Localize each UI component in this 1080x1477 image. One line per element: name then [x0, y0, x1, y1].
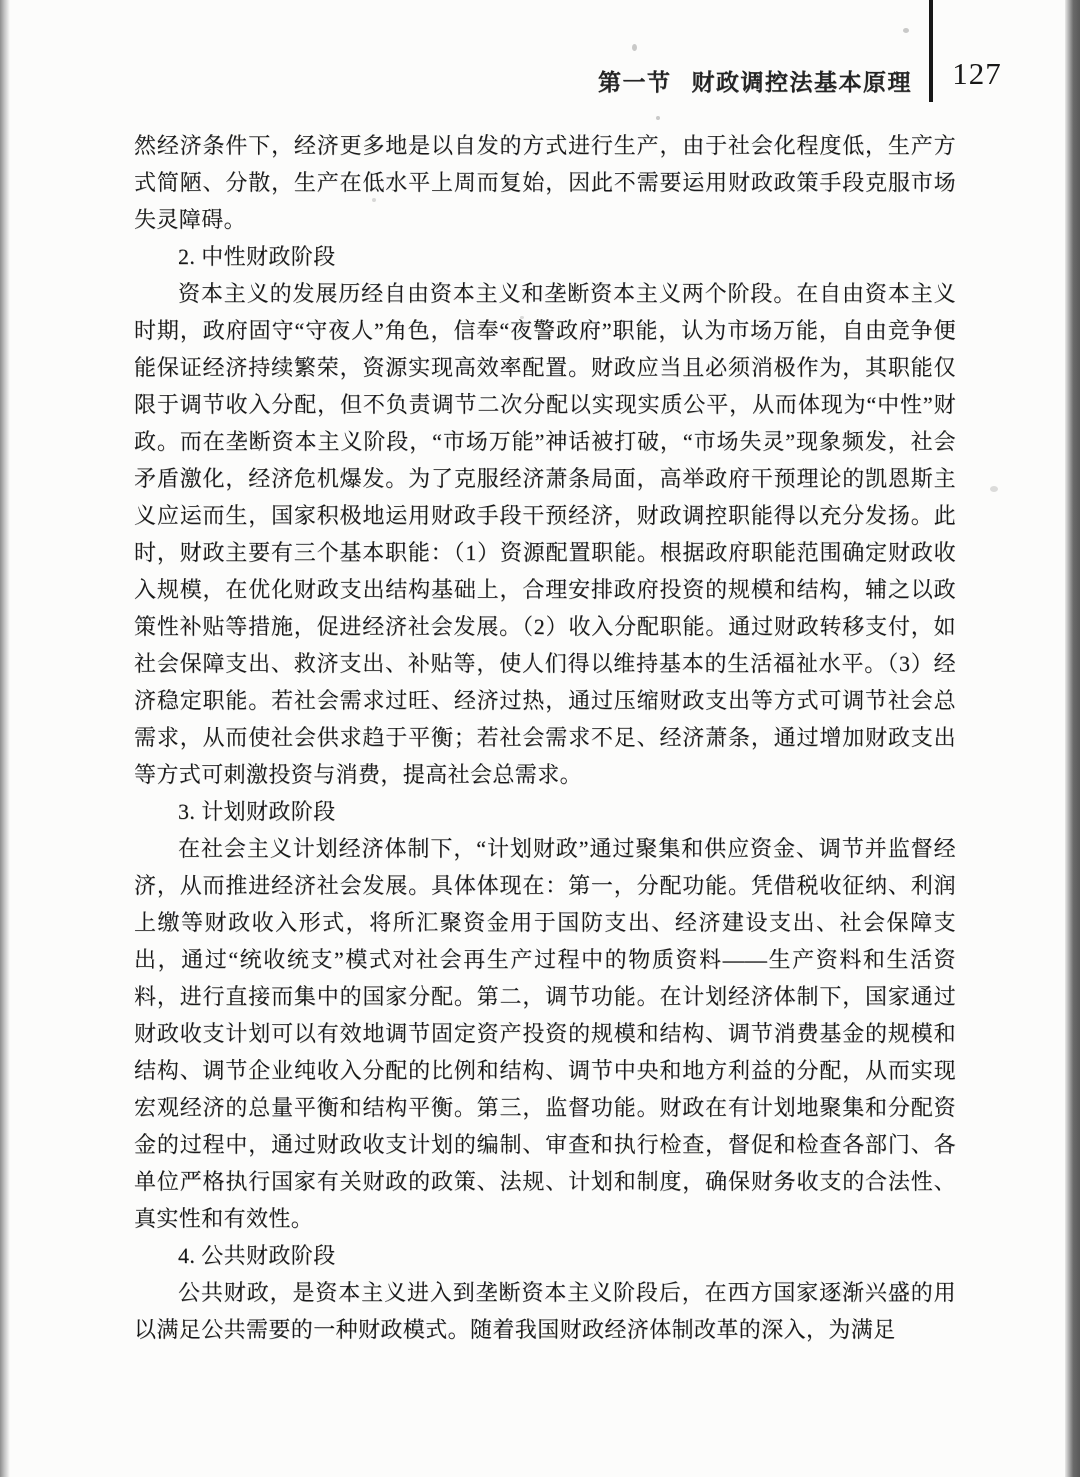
section-title: 财政调控法基本原理 — [692, 70, 913, 95]
body-paragraph-public-finance: 公共财政，是资本主义进入到垄断资本主义阶段后，在西方国家逐渐兴盛的用以满足公共需… — [134, 1274, 956, 1348]
scan-speck — [372, 198, 376, 202]
running-head: 第一节财政调控法基本原理 — [598, 64, 912, 97]
header-divider-rule — [929, 0, 933, 102]
section-heading-planned-finance: 3. 计划财政阶段 — [134, 793, 956, 830]
body-paragraph-planned-finance: 在社会主义计划经济体制下，“计划财政”通过聚集和供应资金、调节并监督经济，从而推… — [134, 830, 956, 1237]
book-page-scan: 第一节财政调控法基本原理 127 然经济条件下，经济更多地是以自发的方式进行生产… — [0, 0, 1080, 1477]
scan-speck — [838, 1292, 842, 1296]
section-label: 第一节 — [598, 70, 672, 95]
scan-edge-right — [1065, 0, 1080, 1477]
section-heading-public-finance: 4. 公共财政阶段 — [134, 1237, 956, 1274]
scan-speck — [990, 486, 998, 492]
scan-speck — [903, 28, 909, 33]
page-number: 127 — [944, 56, 1010, 92]
scan-speck — [520, 316, 524, 319]
section-heading-neutral-finance: 2. 中性财政阶段 — [134, 238, 956, 275]
scan-speck — [656, 116, 660, 120]
scan-speck — [632, 44, 637, 51]
body-paragraph-continuation: 然经济条件下，经济更多地是以自发的方式进行生产，由于社会化程度低，生产方式简陋、… — [134, 127, 956, 238]
scan-edge-left — [0, 0, 10, 1477]
body-paragraph-neutral-finance: 资本主义的发展历经自由资本主义和垄断资本主义两个阶段。在自由资本主义时期，政府固… — [134, 275, 956, 793]
page-body: 然经济条件下，经济更多地是以自发的方式进行生产，由于社会化程度低，生产方式简陋、… — [134, 127, 956, 1348]
